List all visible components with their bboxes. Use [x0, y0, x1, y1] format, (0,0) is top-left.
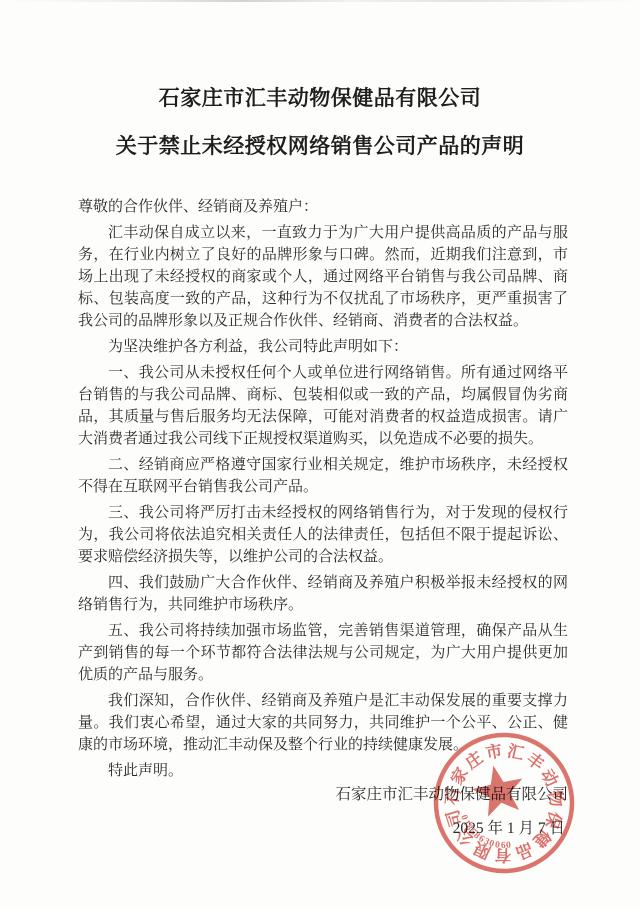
paragraph-declare-lead: 为坚决维护各方利益，我公司特此声明如下：: [78, 336, 568, 358]
seal-serial-char: 0: [488, 839, 496, 850]
seal-ring-char: 有: [494, 845, 511, 865]
seal-serial-char: 6: [501, 841, 506, 851]
seal-serial-char: 0: [506, 841, 512, 851]
paragraph-item-1: 一、我公司从未授权任何个人或单位进行网络销售。所有通过网络平台销售的与我公司品牌…: [78, 362, 568, 450]
paragraph-item-5: 五、我公司将持续加强市场监管，完善销售渠道管理，确保产品从生产到销售的每一个环节…: [78, 620, 568, 686]
paragraph-outro: 我们深知，合作伙伴、经销商及养殖户是汇丰动保发展的重要支撑力量。我们衷心希望，通…: [78, 690, 568, 756]
seal-serial-char: 3: [482, 837, 491, 848]
paragraph-item-4: 四、我们鼓励广大合作伙伴、经销商及养殖户积极举报未经授权的网络销售行为，共同维护…: [78, 572, 568, 616]
seal-serial-char: 0: [494, 840, 501, 851]
company-title: 石家庄市汇丰动物保健品有限公司: [0, 82, 640, 112]
seal-ring-char: 限: [470, 838, 493, 862]
closing-line: 特此声明。: [78, 760, 568, 782]
seal-ring-char: 品: [513, 839, 536, 863]
scan-edge-artifact: [0, 0, 640, 2]
statement-title: 关于禁止未经授权网络销售公司产品的声明: [0, 130, 640, 160]
paragraph-item-3: 三、我公司将严厉打击未经授权的网络销售行为，对于发现的侵权行为，我公司将依法追究…: [78, 502, 568, 568]
statement-body: 尊敬的合作伙伴、经销商及养殖户： 汇丰动保自成立以来，一直致力于为广大用户提供高…: [78, 196, 568, 786]
signature-company: 石家庄市汇丰动物保健品有限公司: [78, 782, 568, 804]
paragraph-item-2: 二、经销商应严格遵守国家行业相关规定，维护市场秩序，未经授权不得在互联网平台销售…: [78, 454, 568, 498]
signature-date: 2025 年 1 月 7 日: [78, 816, 565, 838]
paragraph-intro: 汇丰动保自成立以来，一直致力于为广大用户提供高品质的产品与服务，在行业内树立了良…: [78, 222, 568, 332]
greeting-line: 尊敬的合作伙伴、经销商及养殖户：: [78, 196, 568, 218]
document-page: 石家庄市汇丰动物保健品有限公司 关于禁止未经授权网络销售公司产品的声明 尊敬的合…: [0, 0, 640, 909]
